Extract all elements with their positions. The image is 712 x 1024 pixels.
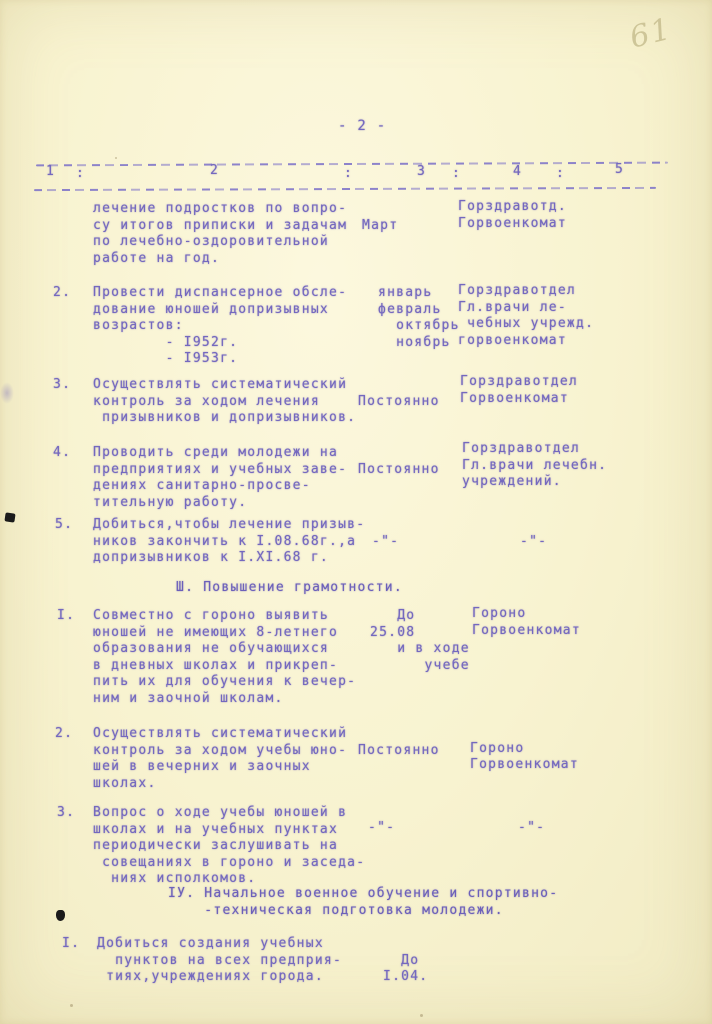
timing-text: Постоянно — [358, 726, 440, 759]
responsible-text: Горздравотдел Гл.врачи ле- чебных учрежд… — [458, 283, 594, 349]
timing-text: январь февраль октябрь ноябрь — [378, 285, 460, 351]
ink-smudge — [0, 382, 14, 404]
column-separator: : — [76, 166, 85, 183]
task-text: Осуществлять систематический контроль за… — [93, 377, 356, 427]
section-heading-3: Ш. Повышение грамотности. — [176, 580, 403, 597]
task-text: Провести диспансерное обсле- дование юно… — [93, 285, 347, 368]
column-number-2: 2 — [210, 163, 219, 180]
responsible-text: Горздравотдел Горвоенкомат — [460, 374, 578, 407]
timing-text: -"- — [372, 517, 399, 550]
timing-text: Март — [362, 201, 398, 234]
page-number: - 2 - — [338, 118, 386, 135]
column-number-4: 4 — [513, 164, 522, 181]
responsible-text: -"- — [518, 803, 545, 836]
item-number: 3. — [53, 377, 71, 394]
task-text: Проводить среди молодежи на предприятиях… — [93, 445, 347, 511]
responsible-text: Гороно Горвоенкомат — [472, 606, 581, 639]
task-text: лечение подростков по вопро- су итогов п… — [93, 201, 347, 267]
responsible-text: -"- — [520, 517, 547, 550]
timing-text: Постоянно — [358, 445, 440, 478]
timing-text: До 25.08 и в ходе учебе — [370, 608, 470, 674]
task-text: Совместно с гороно выявить юношей не име… — [93, 608, 356, 708]
table-header-bottom-rule — [34, 187, 656, 191]
section-heading-4: IУ. Начальное военное обучение и спортив… — [168, 886, 558, 919]
paper-speck — [70, 1004, 73, 1007]
column-number-3: 3 — [417, 164, 426, 181]
task-text: Вопрос о ходе учебы юношей в школах и на… — [93, 805, 365, 888]
item-number: 2. — [53, 285, 71, 302]
paper-speck — [420, 1014, 423, 1017]
ink-blot — [4, 512, 15, 522]
column-separator: : — [344, 166, 353, 183]
column-separator: : — [452, 166, 461, 183]
responsible-text: Гороно Горвоенкомат — [470, 724, 579, 774]
item-number: 3. — [57, 805, 75, 822]
task-text: Осуществлять систематический контроль за… — [93, 726, 347, 792]
item-number: 5. — [55, 517, 73, 534]
responsible-text: Горздравотд. Горвоенкомат — [458, 199, 567, 232]
column-separator: : — [556, 166, 565, 183]
item-number: 2. — [55, 726, 73, 743]
item-number: I. — [57, 608, 75, 625]
timing-text: До I.04. — [383, 936, 428, 986]
timing-text: -"- — [368, 803, 395, 836]
task-text: Добиться создания учебных пунктов на все… — [97, 936, 342, 986]
paper-speck — [115, 157, 117, 159]
handwritten-page-mark: 61 — [626, 11, 675, 55]
timing-text: Постоянно — [358, 377, 440, 410]
task-text: Добиться,чтобы лечение призыв- ников зак… — [93, 517, 365, 567]
responsible-text: Горздравотдел Гл.врачи лечебн. учреждени… — [462, 441, 607, 491]
scanned-document-page: 61 - 2 - 1 : 2 : 3 : 4 : 5 лечение подро… — [0, 0, 712, 1024]
item-number: I. — [62, 936, 80, 953]
ink-blot — [56, 910, 65, 921]
column-number-1: 1 — [46, 164, 55, 181]
column-number-5: 5 — [615, 162, 624, 179]
item-number: 4. — [53, 445, 71, 462]
